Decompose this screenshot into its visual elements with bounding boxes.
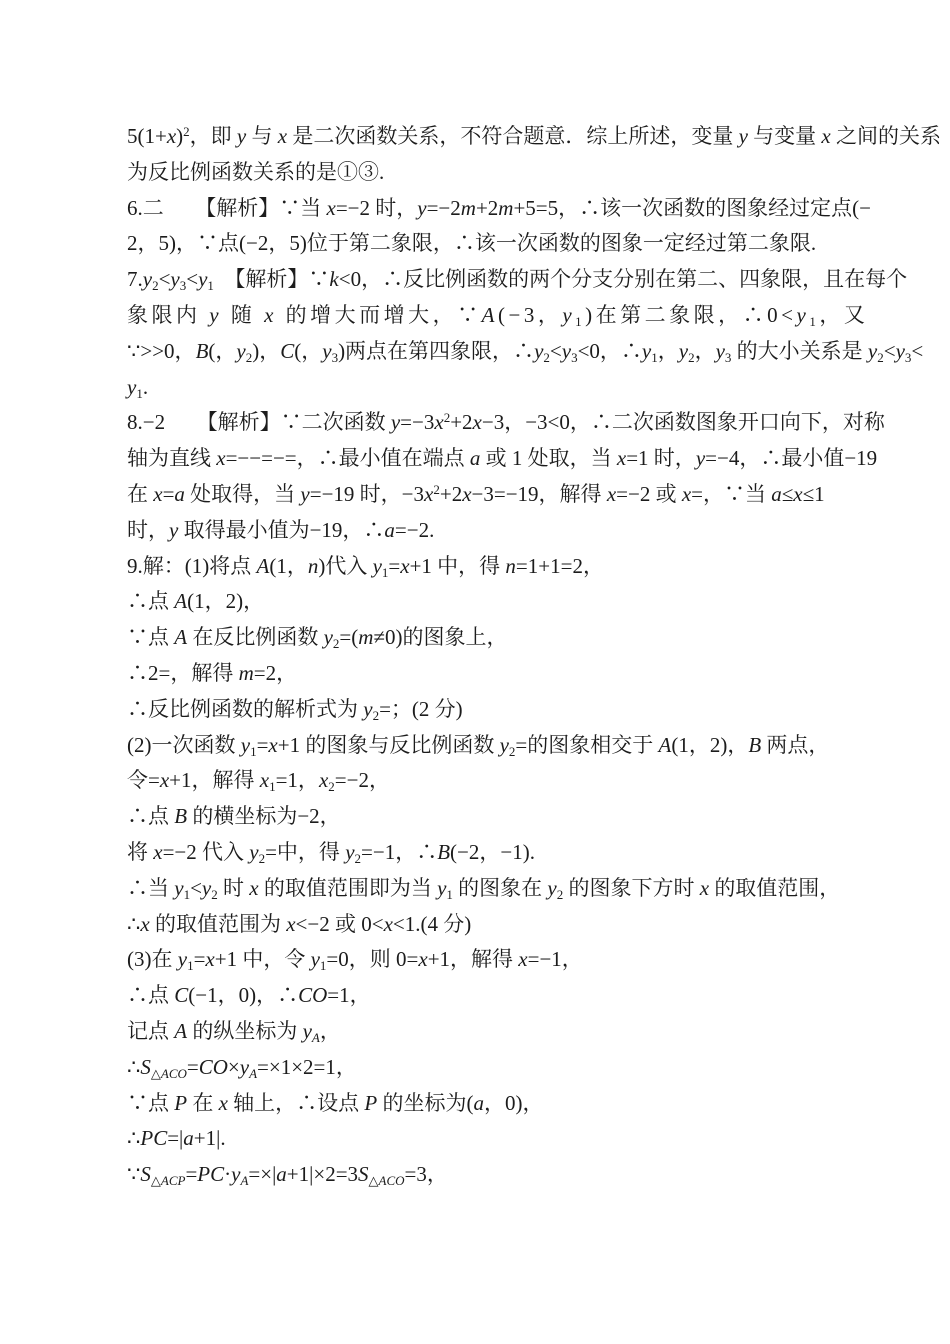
- text-line: ∴点 C(−1，0)，∴CO=1，: [127, 978, 857, 1014]
- text-run: x: [319, 768, 328, 792]
- text-run: CO: [199, 1055, 228, 1079]
- text-run: +5=5，∴该一次函数的图象经过定点(−: [513, 196, 871, 220]
- text-run: +2: [450, 410, 472, 434]
- text-line: 8.−2 【解析】∵二次函数 y=−3x2+2x−3，−3<0，∴二次函数图象开…: [127, 405, 857, 441]
- text-run: ≠0)的图象上，: [373, 625, 507, 649]
- text-run: 为反比例函数关系的是①③.: [127, 160, 384, 184]
- text-run: A: [257, 554, 270, 578]
- text-run: A: [174, 1019, 187, 1043]
- text-run: x: [140, 912, 149, 936]
- text-run: )代入: [318, 554, 372, 578]
- text-run: a: [771, 482, 782, 506]
- text-run: n: [505, 554, 516, 578]
- text-run: x: [153, 482, 162, 506]
- text-run: 【解析】∵: [214, 267, 330, 291]
- text-run: x: [518, 947, 527, 971]
- text-line: ∴2=，解得 m=2，: [127, 656, 857, 692]
- text-run: ≤1: [803, 482, 825, 506]
- text-run: y: [202, 876, 211, 900]
- text-run: 的图象下方时: [563, 876, 700, 900]
- document-body: 5(1+x)2，即 y 与 x 是二次函数关系，不符合题意．综上所述，变量 y …: [127, 119, 857, 1193]
- text-run: +1 中，令: [215, 947, 311, 971]
- text-run: a: [470, 446, 481, 470]
- text-run: y: [174, 876, 183, 900]
- text-run: (−3，: [498, 303, 562, 327]
- text-run: y: [562, 303, 575, 327]
- text-run: )两点在第四象限，∴: [338, 339, 534, 363]
- text-run: ∴2=，解得: [127, 661, 239, 685]
- text-run: y: [324, 625, 333, 649]
- text-run: y: [303, 1019, 312, 1043]
- text-line: y1.: [127, 370, 857, 406]
- text-run: y: [322, 339, 331, 363]
- text-run: =；(2 分): [379, 697, 463, 721]
- text-line: 将 x=−2 代入 y2=中，得 y2=−1，∴B(−2，−1).: [127, 835, 857, 871]
- text-run: ，即: [190, 124, 237, 148]
- text-line: ∴PC=|a+1|.: [127, 1121, 857, 1157]
- text-run: ∴点: [127, 804, 174, 828]
- text-line: 9.解：(1)将点 A(1，n)代入 y1=x+1 中，得 n=1+1=2，: [127, 549, 857, 585]
- text-run: =−2: [427, 196, 461, 220]
- text-run: 在反比例函数: [187, 625, 324, 649]
- text-run: −3=−19，解得: [472, 482, 607, 506]
- text-run: =−2 时，: [336, 196, 417, 220]
- text-run: =1+1=2，: [516, 554, 604, 578]
- text-run: =−−=−=，∴最小值在端点: [226, 446, 470, 470]
- text-run: C: [174, 983, 188, 1007]
- text-run: =−2，: [335, 768, 390, 792]
- text-run: y: [170, 267, 179, 291]
- text-run: A: [482, 303, 498, 327]
- text-run: y: [797, 303, 810, 327]
- text-run: ，又: [819, 303, 868, 327]
- text-run: <: [884, 339, 896, 363]
- text-run: a: [384, 518, 395, 542]
- text-run: y: [143, 267, 152, 291]
- text-run: x: [327, 196, 336, 220]
- text-run: y: [311, 947, 320, 971]
- text-line: (2)一次函数 y1=x+1 的图象与反比例函数 y2=的图象相交于 A(1，2…: [127, 728, 857, 764]
- text-run: 时: [218, 876, 250, 900]
- text-run: +1 中，得: [410, 554, 506, 578]
- text-run: (1，2)，: [187, 589, 264, 613]
- text-run: y: [547, 876, 556, 900]
- text-run: ，: [320, 1019, 341, 1043]
- text-run: .: [143, 375, 148, 399]
- text-run: 两点，: [761, 733, 829, 757]
- text-run: +2: [440, 482, 462, 506]
- text-run: a: [473, 1091, 484, 1115]
- text-run: 处取得，当: [185, 482, 301, 506]
- text-run: 2，5)，∵点(−2，5)位于第二象限，∴该一次函数的图象一定经过第二象限.: [127, 231, 816, 255]
- text-run: x: [153, 840, 162, 864]
- text-run: ∴: [127, 912, 140, 936]
- text-line: 记点 A 的纵坐标为 yA，: [127, 1014, 857, 1050]
- text-run: )在第二象限，∴0<: [585, 303, 796, 327]
- text-run: y: [363, 697, 372, 721]
- text-run: x: [418, 947, 427, 971]
- text-run: ，0)，: [484, 1091, 544, 1115]
- text-run: +1 的图象与反比例函数: [278, 733, 500, 757]
- text-run: 取得最小值为−19，∴: [178, 518, 384, 542]
- text-run: =−3: [400, 410, 434, 434]
- text-run: 5(1+: [127, 124, 167, 148]
- text-run: 的纵坐标为: [187, 1019, 303, 1043]
- text-run: −3，−3<0，∴二次函数图象开口向下，对称: [482, 410, 885, 434]
- text-run: =的图象相交于: [515, 733, 658, 757]
- text-run: +1，解得: [428, 947, 519, 971]
- text-run: x: [607, 482, 616, 506]
- text-run: 的取值范围，: [709, 876, 840, 900]
- text-run: 之间的关系: [831, 124, 941, 148]
- text-run: x: [617, 446, 626, 470]
- text-run: 将: [127, 840, 153, 864]
- text-run: (2)一次函数: [127, 733, 241, 757]
- text-line: ∴点 B 的横坐标为−2，: [127, 799, 857, 835]
- text-run: =×|: [248, 1162, 276, 1186]
- text-line: 为反比例函数关系的是①③.: [127, 155, 857, 191]
- text-run: S: [140, 1162, 151, 1186]
- text-line: 在 x=a 处取得，当 y=−19 时，−3x2+2x−3=−19，解得 x=−…: [127, 477, 857, 513]
- text-line: ∵点 A 在反比例函数 y2=(m≠0)的图象上，: [127, 620, 857, 656]
- text-run: x: [434, 410, 443, 434]
- text-run: y: [696, 446, 705, 470]
- text-run: ，: [695, 339, 716, 363]
- text-run: =: [185, 1162, 197, 1186]
- text-run: =: [388, 554, 400, 578]
- text-run: y: [241, 733, 250, 757]
- text-run: B: [196, 339, 209, 363]
- text-run: y: [240, 1055, 249, 1079]
- text-run: 8.−2 【解析】∵二次函数: [127, 410, 391, 434]
- text-run: a: [276, 1162, 287, 1186]
- text-run: ∴: [127, 1055, 140, 1079]
- text-run: ∵点: [127, 1091, 174, 1115]
- text-run: ×: [228, 1055, 240, 1079]
- text-run: A: [249, 1066, 257, 1081]
- text-run: x: [700, 876, 709, 900]
- text-run: △ACO: [369, 1173, 405, 1188]
- text-run: (1，: [269, 554, 308, 578]
- text-run: B: [174, 804, 187, 828]
- text-line: 时，y 取得最小值为−19，∴a=−2.: [127, 513, 857, 549]
- text-run: 与变量: [748, 124, 822, 148]
- text-run: 的横坐标为−2，: [187, 804, 341, 828]
- text-run: (−1，0)，∴: [188, 983, 298, 1007]
- text-run: =1 时，: [626, 446, 696, 470]
- text-run: (3)在: [127, 947, 178, 971]
- text-run: =−4，∴最小值−19: [705, 446, 877, 470]
- text-run: P: [174, 1091, 187, 1115]
- text-line: ∴反比例函数的解析式为 y2=；(2 分): [127, 692, 857, 728]
- text-run: x: [205, 947, 214, 971]
- text-run: y: [236, 339, 245, 363]
- text-run: ，: [658, 339, 679, 363]
- text-run: a: [174, 482, 185, 506]
- text-run: <1.(4 分): [393, 912, 471, 936]
- text-run: 轴为直线: [127, 446, 216, 470]
- text-run: =−2.: [395, 518, 434, 542]
- text-run: P: [364, 1091, 377, 1115]
- text-run: =1，: [276, 768, 319, 792]
- text-run: =|: [167, 1126, 183, 1150]
- text-run: A: [312, 1030, 320, 1045]
- text-run: ∴点: [127, 983, 174, 1007]
- text-run: k: [329, 267, 338, 291]
- text-line: 7.y2<y3<y1 【解析】∵k<0，∴反比例函数的两个分支分别在第二、四象限…: [127, 262, 857, 298]
- text-run: A: [659, 733, 672, 757]
- text-run: x: [278, 124, 287, 148]
- text-run: y: [391, 410, 400, 434]
- text-run: y: [437, 876, 446, 900]
- text-run: 9.解：(1)将点: [127, 554, 257, 578]
- text-run: 的坐标为(: [377, 1091, 473, 1115]
- text-run: y: [716, 339, 725, 363]
- text-line: 令=x+1，解得 x1=1，x2=−2，: [127, 763, 857, 799]
- text-run: x: [260, 768, 269, 792]
- text-line: 象限内 y 随 x 的增大而增大，∵A(−3，y1)在第二象限，∴0<y1，又: [127, 298, 857, 334]
- text-run: 是二次函数关系，不符合题意．综上所述，变量: [287, 124, 739, 148]
- text-line: ∵点 P 在 x 轴上，∴设点 P 的坐标为(a，0)，: [127, 1086, 857, 1122]
- text-run: =−1，: [528, 947, 583, 971]
- text-run: y: [345, 840, 354, 864]
- text-run: +1|.: [194, 1126, 226, 1150]
- text-line: (3)在 y1=x+1 中，令 y1=0，则 0=x+1，解得 x=−1，: [127, 942, 857, 978]
- text-run: x: [219, 1091, 228, 1115]
- text-run: y: [178, 947, 187, 971]
- text-line: ∴点 A(1，2)，: [127, 584, 857, 620]
- text-run: <−2 或 0<: [296, 912, 384, 936]
- text-run: 象限内: [127, 303, 209, 327]
- text-run: CO: [298, 983, 327, 1007]
- text-run: (，: [294, 339, 322, 363]
- text-run: +1，解得: [169, 768, 260, 792]
- text-run: n: [308, 554, 319, 578]
- text-run: ∴: [127, 1126, 140, 1150]
- text-run: m: [239, 661, 254, 685]
- text-run: C: [280, 339, 294, 363]
- text-run: x: [424, 482, 433, 506]
- text-run: y: [642, 339, 651, 363]
- text-line: ∴S△ACO=CO×yA=×1×2=1，: [127, 1050, 857, 1086]
- text-run: S: [140, 1055, 151, 1079]
- text-run: S: [358, 1162, 369, 1186]
- text-run: y: [249, 840, 258, 864]
- text-line: 6.二 【解析】∵当 x=−2 时，y=−2m+2m+5=5，∴该一次函数的图象…: [127, 191, 857, 227]
- text-run: A: [174, 589, 187, 613]
- document-page: 5(1+x)2，即 y 与 x 是二次函数关系，不符合题意．综上所述，变量 y …: [0, 0, 950, 1344]
- text-run: =0，则 0=: [326, 947, 418, 971]
- text-run: =−2 代入: [163, 840, 250, 864]
- text-run: 与: [246, 124, 278, 148]
- text-run: y: [534, 339, 543, 363]
- text-run: =−1，∴: [361, 840, 437, 864]
- text-run: x: [473, 410, 482, 434]
- text-run: 时，: [127, 518, 169, 542]
- text-run: ∵: [127, 1162, 140, 1186]
- text-run: 的大小关系是: [731, 339, 868, 363]
- text-run: ≤: [782, 482, 794, 506]
- text-run: x: [216, 446, 225, 470]
- text-run: <: [190, 876, 202, 900]
- text-run: <: [550, 339, 562, 363]
- text-run: 在: [127, 482, 153, 506]
- text-run: 令=: [127, 768, 160, 792]
- text-run: <0，∴: [578, 339, 642, 363]
- text-line: ∴x 的取值范围为 x<−2 或 0<x<1.(4 分): [127, 907, 857, 943]
- text-run: y: [209, 303, 222, 327]
- text-run: ∵>>0，: [127, 339, 196, 363]
- text-run: x: [268, 733, 277, 757]
- text-run: a: [183, 1126, 194, 1150]
- text-run: y: [679, 339, 688, 363]
- text-run: △ACP: [151, 1173, 186, 1188]
- text-run: y: [500, 733, 509, 757]
- text-run: x: [462, 482, 471, 506]
- text-run: m: [461, 196, 476, 220]
- text-run: 在: [187, 1091, 219, 1115]
- text-run: =: [187, 1055, 199, 1079]
- text-run: x: [160, 768, 169, 792]
- text-run: 1: [575, 314, 585, 329]
- text-run: <: [186, 267, 198, 291]
- text-run: PC: [197, 1162, 224, 1186]
- text-run: y: [237, 124, 246, 148]
- text-run: y: [417, 196, 426, 220]
- text-line: ∵>>0，B(，y2)，C(，y3)两点在第四象限，∴y2<y3<0，∴y1，y…: [127, 334, 857, 370]
- text-run: x: [821, 124, 830, 148]
- text-run: x: [384, 912, 393, 936]
- text-run: +2: [476, 196, 498, 220]
- text-run: B: [437, 840, 450, 864]
- text-run: ∴反比例函数的解析式为: [127, 697, 363, 721]
- text-run: (−2，−1).: [450, 840, 535, 864]
- text-run: =−2 或: [616, 482, 682, 506]
- text-run: =1，: [327, 983, 370, 1007]
- text-run: =(: [339, 625, 358, 649]
- text-run: +1|×2=3: [287, 1162, 358, 1186]
- text-run: =: [163, 482, 175, 506]
- text-run: (1，2)，: [671, 733, 748, 757]
- text-run: =−19 时，−3: [310, 482, 424, 506]
- text-run: y: [300, 482, 309, 506]
- text-run: <0，∴反比例函数的两个分支分别在第二、四象限，且在每个: [339, 267, 907, 291]
- text-run: )，: [252, 339, 280, 363]
- text-line: ∵S△ACP=PC·yA=×|a+1|×2=3S△ACO=3，: [127, 1157, 857, 1193]
- text-run: 的取值范围即为当: [259, 876, 438, 900]
- text-run: =: [257, 733, 269, 757]
- text-run: △ACO: [151, 1066, 187, 1081]
- text-run: x: [286, 912, 295, 936]
- text-run: y: [896, 339, 905, 363]
- text-run: x: [400, 554, 409, 578]
- text-run: y: [169, 518, 178, 542]
- text-run: PC: [140, 1126, 167, 1150]
- text-run: (，: [208, 339, 236, 363]
- text-line: ∴当 y1<y2 时 x 的取值范围即为当 y1 的图象在 y2 的图象下方时 …: [127, 871, 857, 907]
- text-run: y: [127, 375, 136, 399]
- text-run: =中，得: [265, 840, 345, 864]
- text-run: ∵点: [127, 625, 174, 649]
- text-run: ∴点: [127, 589, 174, 613]
- text-line: 5(1+x)2，即 y 与 x 是二次函数关系，不符合题意．综上所述，变量 y …: [127, 119, 857, 155]
- text-run: =2，: [254, 661, 297, 685]
- text-run: =: [194, 947, 206, 971]
- text-run: <: [911, 339, 923, 363]
- text-run: =3，: [405, 1162, 448, 1186]
- text-line: 轴为直线 x=−−=−=，∴最小值在端点 a 或 1 处取，当 x=1 时，y=…: [127, 441, 857, 477]
- text-run: y: [868, 339, 877, 363]
- text-run: 记点: [127, 1019, 174, 1043]
- text-run: 或 1 处取，当: [480, 446, 617, 470]
- text-run: 7.: [127, 267, 143, 291]
- text-run: m: [358, 625, 373, 649]
- text-run: x: [249, 876, 258, 900]
- text-run: A: [174, 625, 187, 649]
- text-run: 1: [809, 314, 819, 329]
- text-run: B: [748, 733, 761, 757]
- text-line: 2，5)，∵点(−2，5)位于第二象限，∴该一次函数的图象一定经过第二象限.: [127, 226, 857, 262]
- text-run: =×1×2=1，: [257, 1055, 357, 1079]
- text-run: x: [264, 303, 277, 327]
- text-run: x: [793, 482, 802, 506]
- text-run: m: [498, 196, 513, 220]
- text-run: 随: [222, 303, 264, 327]
- text-run: y: [373, 554, 382, 578]
- text-run: ∴当: [127, 876, 174, 900]
- text-run: y: [739, 124, 748, 148]
- text-run: 的增大而增大，∵: [277, 303, 482, 327]
- text-run: <: [159, 267, 171, 291]
- text-run: 轴上，∴设点: [228, 1091, 365, 1115]
- text-run: =，∵当: [691, 482, 771, 506]
- text-run: x: [682, 482, 691, 506]
- text-run: 的取值范围为: [150, 912, 287, 936]
- text-run: y: [562, 339, 571, 363]
- text-run: x: [167, 124, 176, 148]
- text-run: 6.二 【解析】∵当: [127, 196, 327, 220]
- text-run: 的图象在: [453, 876, 548, 900]
